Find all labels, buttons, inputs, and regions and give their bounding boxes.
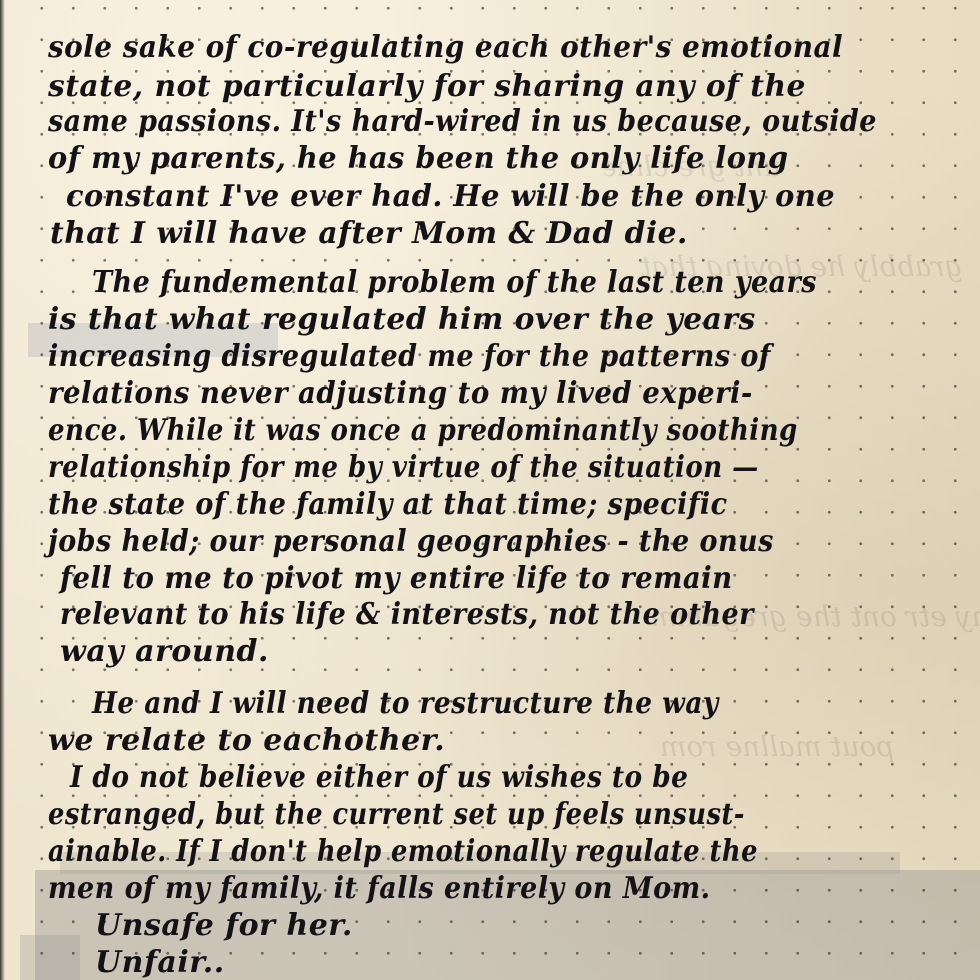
handwritten-text-lower [0, 0, 980, 980]
